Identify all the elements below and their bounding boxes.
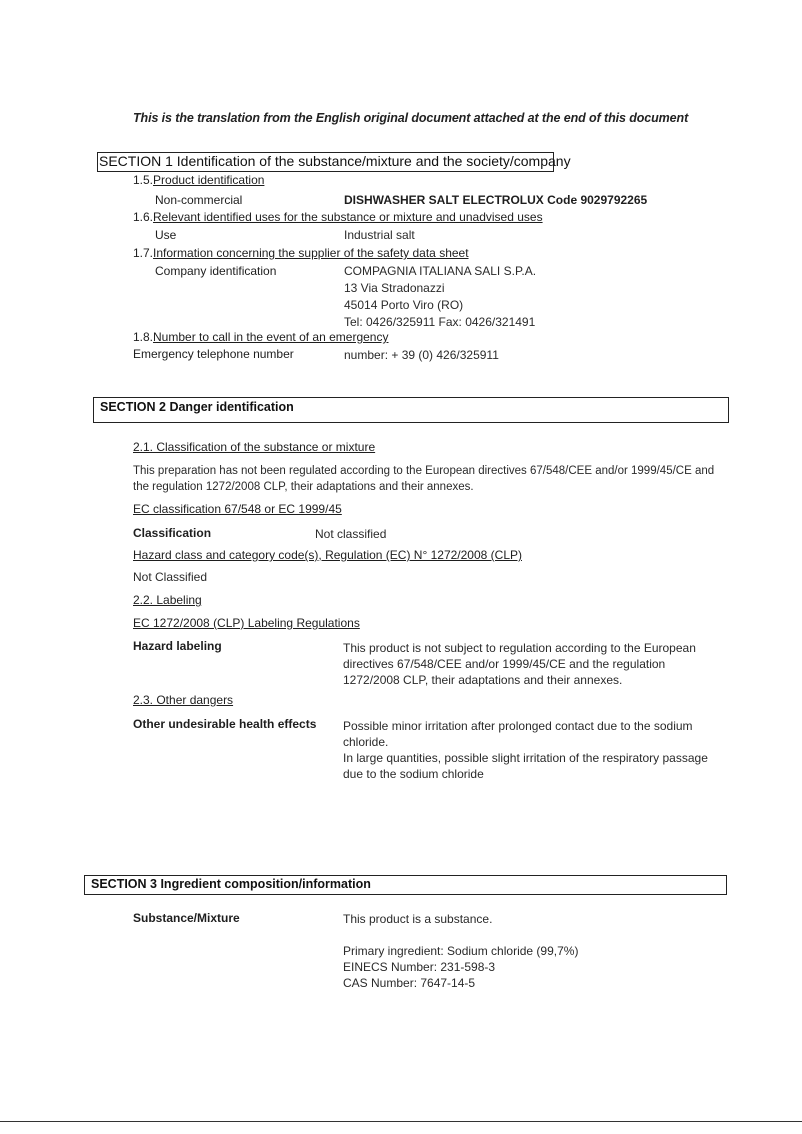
subsection-heading: Relevant identified uses for the substan… xyxy=(153,210,543,224)
subsection-heading: Number to call in the event of an emerge… xyxy=(153,330,388,344)
substance-mixture-label: Substance/Mixture xyxy=(133,911,240,925)
classification-value: Not classified xyxy=(315,527,386,541)
health-effects-line: In large quantities, possible slight irr… xyxy=(343,751,708,765)
subsection-2-3-heading: 2.3. Other dangers xyxy=(133,693,233,707)
clp-labeling-heading: EC 1272/2008 (CLP) Labeling Regulations xyxy=(133,616,360,630)
company-identification-label: Company identification xyxy=(155,264,276,278)
subsection-number: 1.7. xyxy=(133,246,153,260)
health-effects-line: chloride. xyxy=(343,735,388,749)
other-health-effects-label: Other undesirable health effects xyxy=(133,717,316,731)
cas-number: CAS Number: 7647-14-5 xyxy=(343,976,475,990)
subsection-heading: Information concerning the supplier of t… xyxy=(153,246,469,260)
health-effects-line: due to the sodium chloride xyxy=(343,767,484,781)
subsection-heading: Product identification xyxy=(153,173,264,187)
non-commercial-label: Non-commercial xyxy=(155,193,242,207)
subsection-1-8: 1.8.Number to call in the event of an em… xyxy=(133,330,388,344)
hazard-labeling-line: 1272/2008 CLP, their adaptations and the… xyxy=(343,673,622,687)
subsection-number: 1.8. xyxy=(133,330,153,344)
hazard-labeling-label: Hazard labeling xyxy=(133,639,222,653)
company-street: 13 Via Stradonazzi xyxy=(344,281,445,295)
company-name: COMPAGNIA ITALIANA SALI S.P.A. xyxy=(344,264,536,278)
hazard-labeling-line: directives 67/548/CEE and/or 1999/45/CE … xyxy=(343,657,665,671)
translation-note: This is the translation from the English… xyxy=(133,111,688,125)
primary-ingredient: Primary ingredient: Sodium chloride (99,… xyxy=(343,944,578,958)
subsection-number: 1.6. xyxy=(133,210,153,224)
section-1-title: SECTION 1 Identification of the substanc… xyxy=(99,153,571,169)
section-3-title: SECTION 3 Ingredient composition/informa… xyxy=(91,877,371,891)
section-2-title: SECTION 2 Danger identification xyxy=(100,400,294,414)
product-name-value: DISHWASHER SALT ELECTROLUX Code 90297922… xyxy=(344,193,647,207)
hazard-class-heading: Hazard class and category code(s), Regul… xyxy=(133,548,522,562)
use-label: Use xyxy=(155,228,176,242)
company-tel-fax: Tel: 0426/325911 Fax: 0426/321491 xyxy=(344,315,535,329)
emergency-phone-label: Emergency telephone number xyxy=(133,347,294,361)
einecs-number: EINECS Number: 231-598-3 xyxy=(343,960,495,974)
subsection-1-7: 1.7.Information concerning the supplier … xyxy=(133,246,469,260)
emergency-phone-value: number: + 39 (0) 426/325911 xyxy=(344,348,499,362)
subsection-1-6: 1.6.Relevant identified uses for the sub… xyxy=(133,210,543,224)
subsection-1-5: 1.5.Product identification xyxy=(133,173,264,187)
health-effects-line: Possible minor irritation after prolonge… xyxy=(343,719,693,733)
page-bottom-rule xyxy=(0,1121,802,1122)
subsection-2-2-heading: 2.2. Labeling xyxy=(133,593,202,607)
ec-classification-heading: EC classification 67/548 or EC 1999/45 xyxy=(133,502,342,516)
hazard-labeling-line: This product is not subject to regulatio… xyxy=(343,641,696,655)
substance-mixture-value: This product is a substance. xyxy=(343,912,492,926)
classification-label: Classification xyxy=(133,526,211,540)
hazard-class-value: Not Classified xyxy=(133,570,207,584)
subsection-number: 1.5. xyxy=(133,173,153,187)
classification-paragraph: This preparation has not been regulated … xyxy=(133,463,723,495)
company-city: 45014 Porto Viro (RO) xyxy=(344,298,463,312)
use-value: Industrial salt xyxy=(344,228,415,242)
subsection-2-1-heading: 2.1. Classification of the substance or … xyxy=(133,440,375,454)
